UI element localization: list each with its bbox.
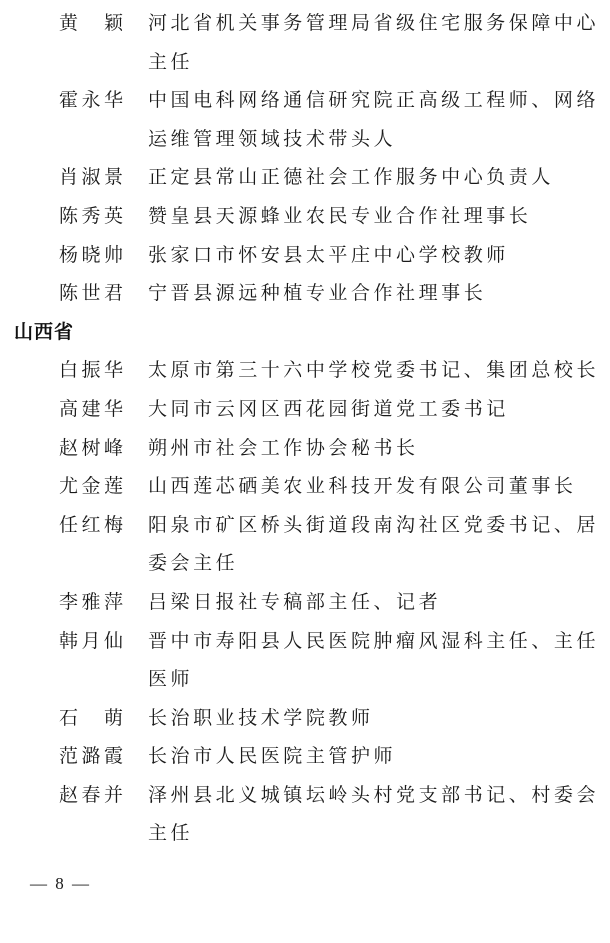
list-item: 白振华 太原市第三十六中学校党委书记、集团总校长	[0, 351, 610, 390]
person-position: 宁晋县源远种植专业合作社理事长	[148, 274, 600, 313]
person-name: 赵春并	[59, 776, 125, 815]
list-item: 杨晓帅 张家口市怀安县太平庄中心学校教师	[0, 236, 610, 275]
person-name: 杨晓帅	[59, 236, 125, 275]
list-item: 李雅萍 吕梁日报社专稿部主任、记者	[0, 583, 610, 622]
person-position: 泽州县北义城镇坛岭头村党支部书记、村委会主任	[148, 776, 600, 853]
person-position: 赞皇县天源蜂业农民专业合作社理事长	[148, 197, 600, 236]
person-name: 赵树峰	[59, 429, 125, 468]
document-page: 黄 颖 河北省机关事务管理局省级住宅服务保障中心主任 霍永华 中国电科网络通信研…	[0, 4, 610, 853]
page-number: — 8 —	[30, 874, 91, 894]
person-position: 大同市云冈区西花园街道党工委书记	[148, 390, 600, 429]
person-name: 陈世君	[59, 274, 125, 313]
list-item: 韩月仙 晋中市寿阳县人民医院肿瘤风湿科主任、主任医师	[0, 622, 610, 699]
province-heading: 山西省	[14, 313, 610, 352]
person-name: 白振华	[59, 351, 125, 390]
person-name: 任红梅	[59, 506, 125, 545]
list-item: 尤金莲 山西莲芯硒美农业科技开发有限公司董事长	[0, 467, 610, 506]
person-name: 黄 颖	[59, 4, 125, 43]
list-item: 赵春并 泽州县北义城镇坛岭头村党支部书记、村委会主任	[0, 776, 610, 853]
list-item: 高建华 大同市云冈区西花园街道党工委书记	[0, 390, 610, 429]
list-item: 石 萌 长治职业技术学院教师	[0, 699, 610, 738]
list-item: 肖淑景 正定县常山正德社会工作服务中心负责人	[0, 158, 610, 197]
person-position: 太原市第三十六中学校党委书记、集团总校长	[148, 351, 600, 390]
person-name: 霍永华	[59, 81, 125, 120]
person-position: 长治职业技术学院教师	[148, 699, 600, 738]
list-item: 陈世君 宁晋县源远种植专业合作社理事长	[0, 274, 610, 313]
person-name: 高建华	[59, 390, 125, 429]
person-position: 吕梁日报社专稿部主任、记者	[148, 583, 600, 622]
list-item: 黄 颖 河北省机关事务管理局省级住宅服务保障中心主任	[0, 4, 610, 81]
list-item: 范潞霞 长治市人民医院主管护师	[0, 737, 610, 776]
list-item: 陈秀英 赞皇县天源蜂业农民专业合作社理事长	[0, 197, 610, 236]
person-name: 李雅萍	[59, 583, 125, 622]
person-position: 张家口市怀安县太平庄中心学校教师	[148, 236, 600, 275]
list-item: 霍永华 中国电科网络通信研究院正高级工程师、网络运维管理领域技术带头人	[0, 81, 610, 158]
list-item: 赵树峰 朔州市社会工作协会秘书长	[0, 429, 610, 468]
person-position: 长治市人民医院主管护师	[148, 737, 600, 776]
person-position: 中国电科网络通信研究院正高级工程师、网络运维管理领域技术带头人	[148, 81, 600, 158]
person-name: 韩月仙	[59, 622, 125, 661]
person-position: 正定县常山正德社会工作服务中心负责人	[148, 158, 600, 197]
person-position: 阳泉市矿区桥头街道段南沟社区党委书记、居委会主任	[148, 506, 600, 583]
person-name: 尤金莲	[59, 467, 125, 506]
person-name: 肖淑景	[59, 158, 125, 197]
person-name: 范潞霞	[59, 737, 125, 776]
person-position: 晋中市寿阳县人民医院肿瘤风湿科主任、主任医师	[148, 622, 600, 699]
person-name: 陈秀英	[59, 197, 125, 236]
person-name: 石 萌	[59, 699, 125, 738]
person-position: 朔州市社会工作协会秘书长	[148, 429, 600, 468]
person-position: 河北省机关事务管理局省级住宅服务保障中心主任	[148, 4, 600, 81]
list-item: 任红梅 阳泉市矿区桥头街道段南沟社区党委书记、居委会主任	[0, 506, 610, 583]
person-position: 山西莲芯硒美农业科技开发有限公司董事长	[148, 467, 600, 506]
